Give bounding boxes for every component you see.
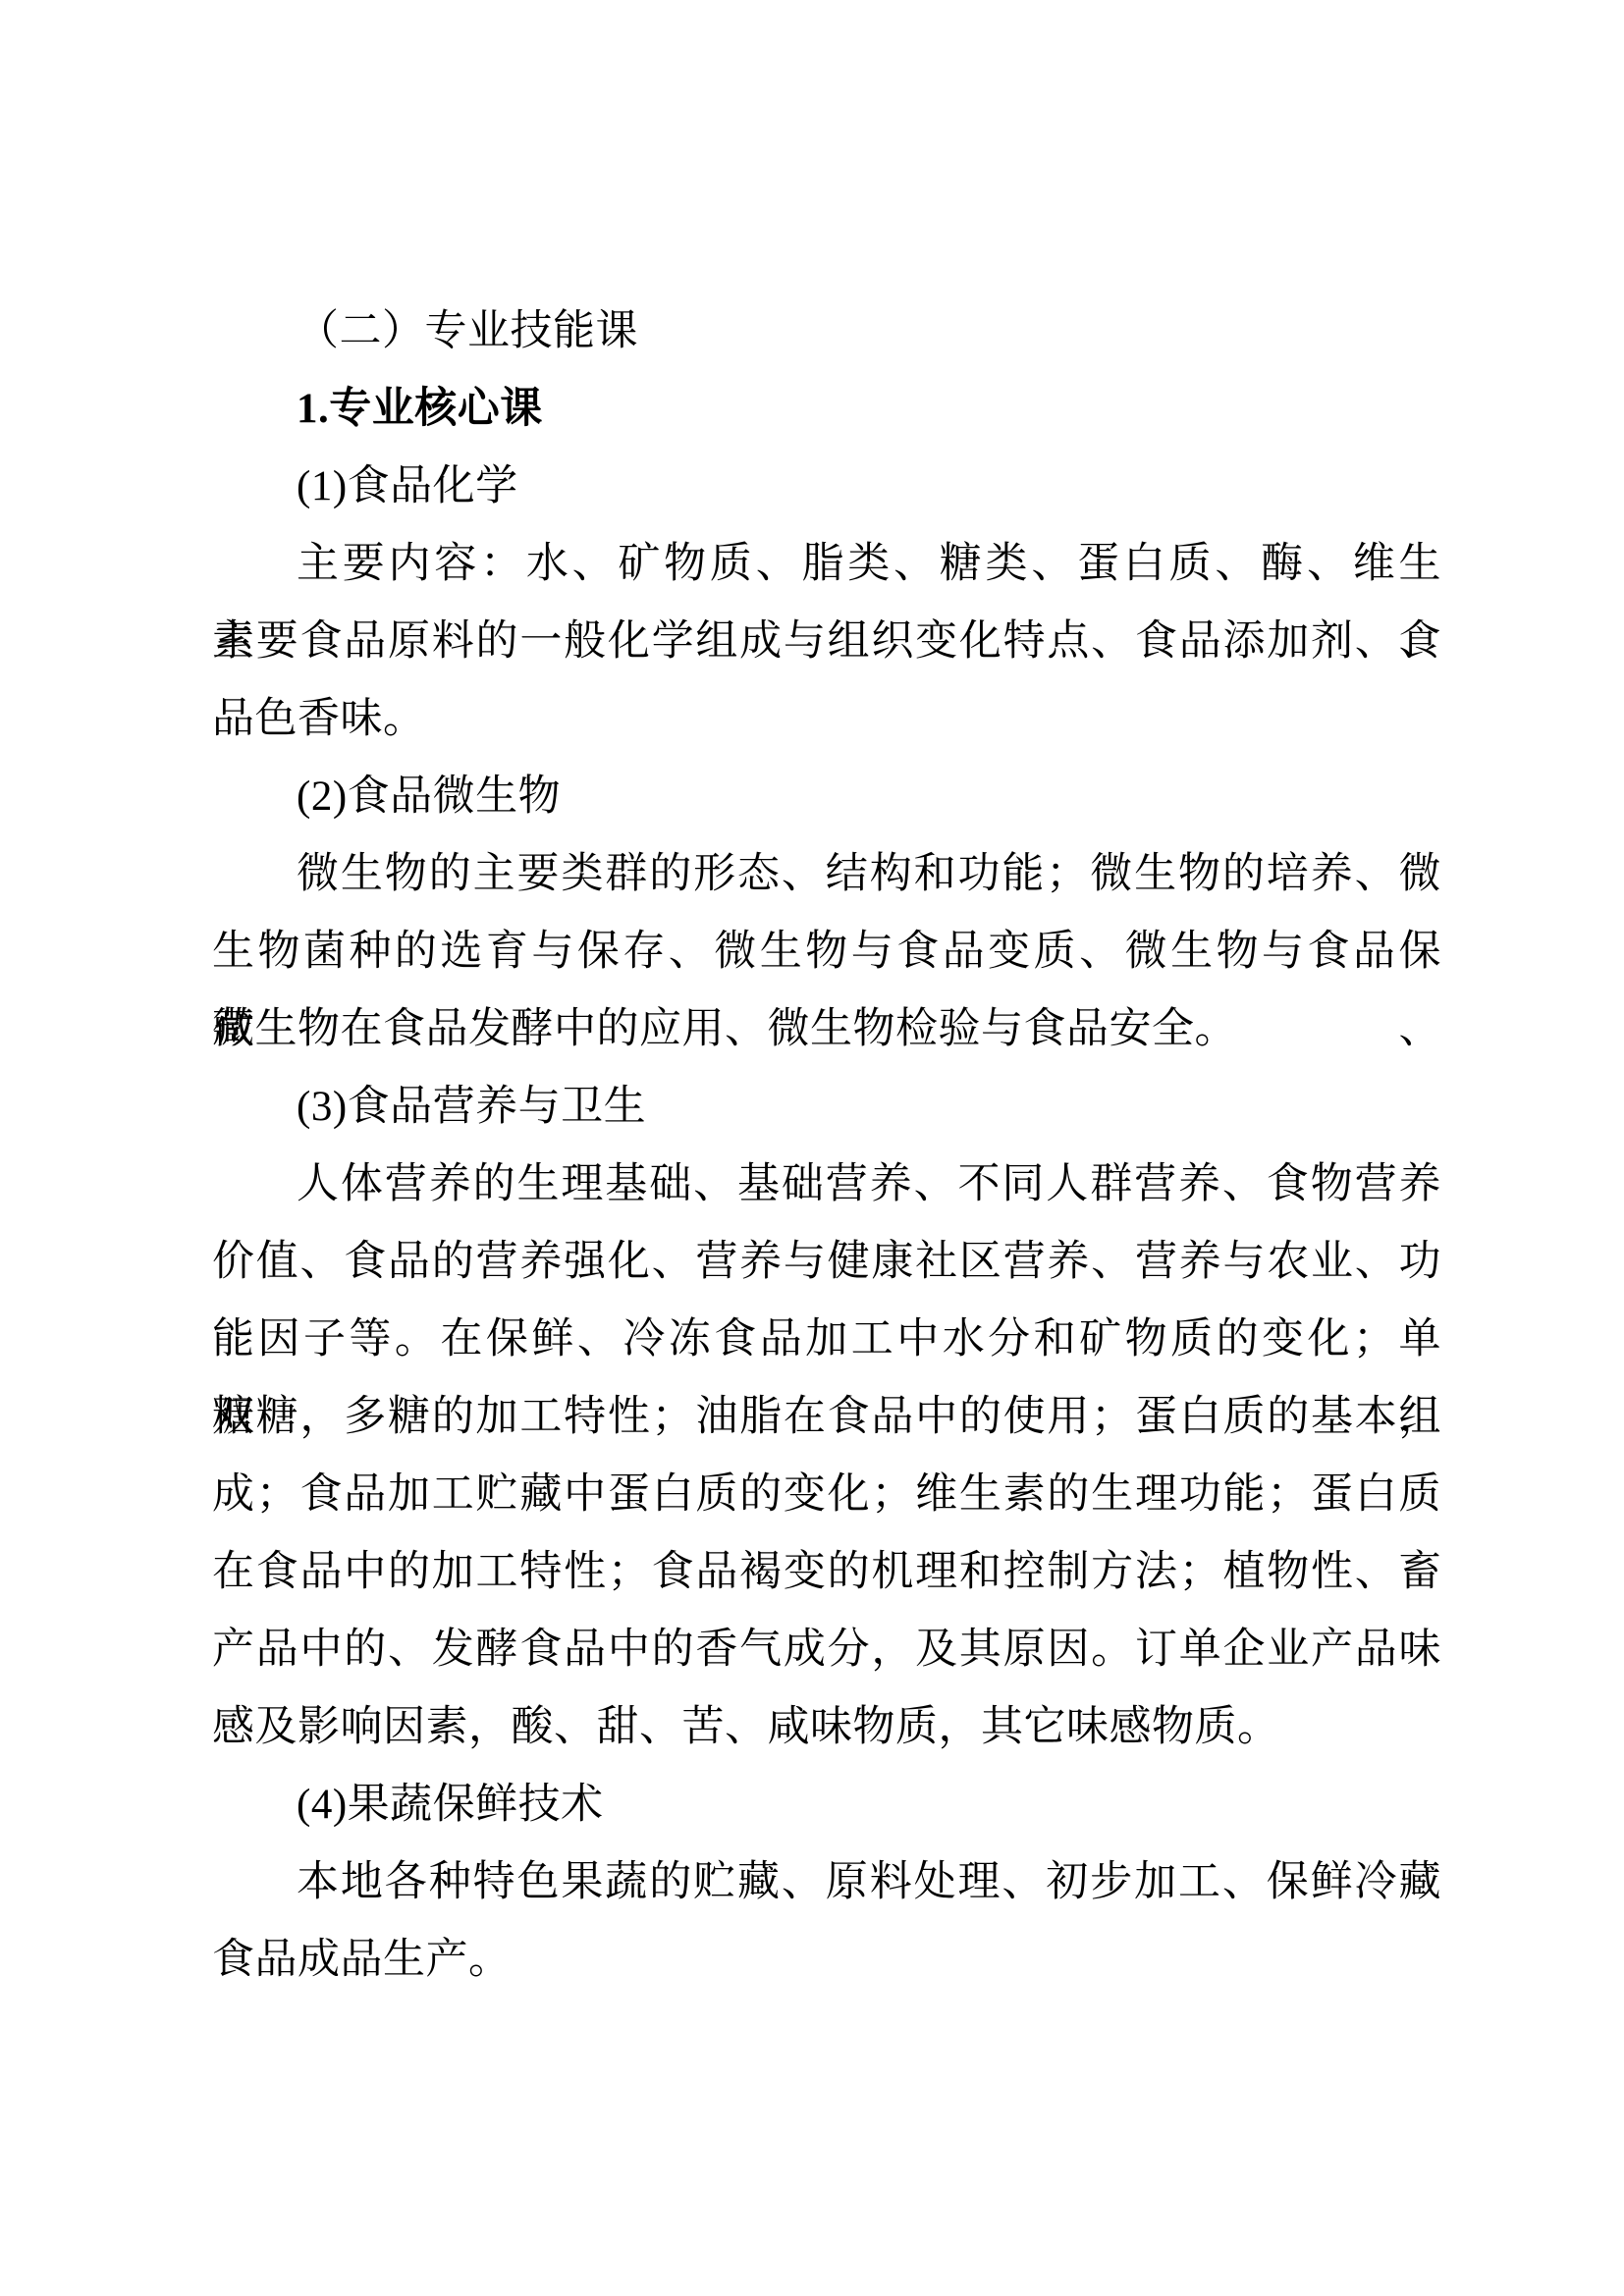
course-title-fruit-vegetable-preservation: (4)果蔬保鲜技术 [212, 1766, 1441, 1843]
body-line: 价值、食品的营养强化、营养与健康社区营养、营养与农业、功 [212, 1223, 1441, 1301]
document-content: （二）专业技能课 1.专业核心课 (1)食品化学 主要内容：水、矿物质、脂类、糖… [212, 293, 1441, 1999]
body-line: 产品中的、发酵食品中的香气成分，及其原因。订单企业产品味 [212, 1611, 1441, 1688]
body-line: 成；食品加工贮藏中蛋白质的变化；维生素的生理功能；蛋白质 [212, 1456, 1441, 1533]
body-line: 食品成品生产。 [212, 1921, 1441, 1999]
body-line: 生物菌种的选育与保存、微生物与食品变质、微生物与食品保藏、 [212, 913, 1441, 990]
subsection-heading: 1.专业核心课 [212, 370, 1441, 448]
course-title-food-microbiology: (2)食品微生物 [212, 758, 1441, 835]
body-line: 感及影响因素，酸、甜、苦、咸味物质，其它味感物质。 [212, 1688, 1441, 1766]
body-line: 微生物的主要类群的形态、结构和功能；微生物的培养、微 [212, 835, 1441, 913]
body-line: 主要食品原料的一般化学组成与组织变化特点、食品添加剂、食 [212, 603, 1441, 680]
course-title-food-chemistry: (1)食品化学 [212, 448, 1441, 525]
document-page: （二）专业技能课 1.专业核心课 (1)食品化学 主要内容：水、矿物质、脂类、糖… [0, 0, 1624, 2296]
body-line: 双糖，多糖的加工特性；油脂在食品中的使用；蛋白质的基本组 [212, 1378, 1441, 1456]
body-line: 主要内容：水、矿物质、脂类、糖类、蛋白质、酶、维生素、 [212, 525, 1441, 603]
course-title-nutrition-hygiene: (3)食品营养与卫生 [212, 1068, 1441, 1146]
body-line: 能因子等。在保鲜、冷冻食品加工中水分和矿物质的变化；单糖， [212, 1301, 1441, 1378]
body-line: 在食品中的加工特性；食品褐变的机理和控制方法；植物性、畜 [212, 1533, 1441, 1611]
section-heading: （二）专业技能课 [212, 293, 1441, 370]
body-line: 本地各种特色果蔬的贮藏、原料处理、初步加工、保鲜冷藏 [212, 1843, 1441, 1921]
body-line: 人体营养的生理基础、基础营养、不同人群营养、食物营养 [212, 1146, 1441, 1223]
body-line: 品色香味。 [212, 680, 1441, 758]
